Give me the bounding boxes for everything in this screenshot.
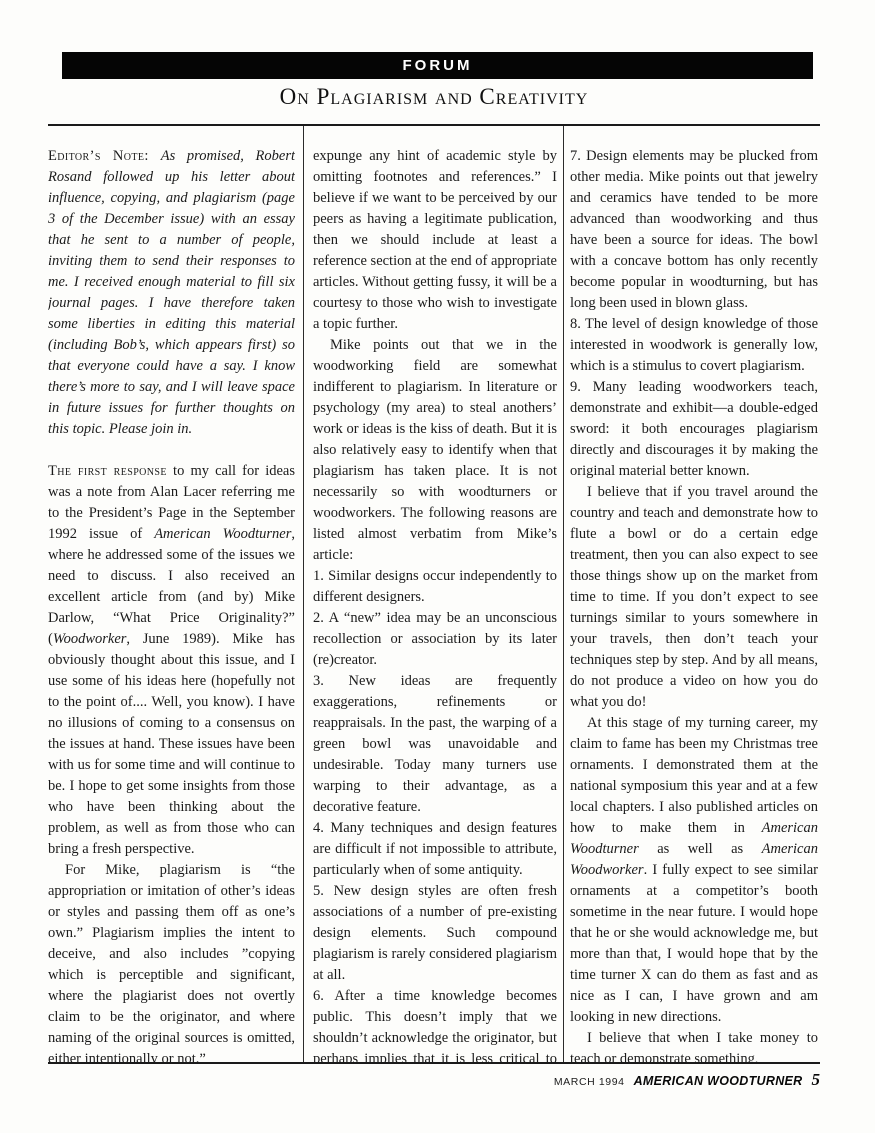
forum-banner-label: FORUM (403, 57, 473, 74)
paragraph: At this stage of my turning career, my c… (570, 713, 818, 1028)
text-segment: expunge any hint of academic style by om… (313, 148, 557, 332)
paragraph: Mike points out that we in the woodworki… (313, 335, 557, 566)
paragraph: The first response to my call for ideas … (48, 461, 295, 860)
magazine-page: FORUM On Plagiarism and Creativity Edito… (0, 0, 875, 1133)
text-segment: 6. After a time knowledge becomes public… (313, 988, 557, 1062)
paragraph: 9. Many leading woodworkers teach, demon… (570, 377, 818, 482)
paragraph: 7. Design elements may be plucked from o… (570, 146, 818, 314)
text-segment-italic: Woodworker (53, 631, 127, 647)
text-segment-italic: American Woodturner (154, 526, 291, 542)
paragraph: 4. Many techniques and design features a… (313, 818, 557, 881)
paragraph: 1. Similar designs occur independently t… (313, 566, 557, 608)
page-footer: MARCH 1994 AMERICAN WOODTURNER 5 (554, 1070, 820, 1090)
paragraph: 2. A “new” idea may be an unconscious re… (313, 608, 557, 671)
paragraph: 5. New design styles are often fresh ass… (313, 881, 557, 986)
text-segment: , June 1989). Mike has obviously thought… (48, 631, 295, 857)
text-segment: 3. New ideas are frequently exaggeration… (313, 673, 557, 815)
text-segment-smallcaps: Editor’s Note: (48, 148, 161, 164)
forum-banner: FORUM (62, 52, 813, 79)
paragraph: 8. The level of design knowledge of thos… (570, 314, 818, 377)
text-segment: as well as (639, 841, 762, 857)
paragraph: For Mike, plagiarism is “the appropriati… (48, 860, 295, 1062)
paragraph: I believe that if you travel around the … (570, 482, 818, 713)
article-column-3: 7. Design elements may be plucked from o… (563, 126, 818, 1062)
text-segment: 5. New design styles are often fresh ass… (313, 883, 557, 983)
text-segment: 7. Design elements may be plucked from o… (570, 148, 818, 311)
text-segment-smallcaps: The first response (48, 463, 167, 479)
text-segment: , where he addressed some of the issues … (48, 526, 295, 647)
article-column-2: expunge any hint of academic style by om… (303, 126, 557, 1062)
text-segment: 4. Many techniques and design features a… (313, 820, 557, 878)
footer-page-number: 5 (812, 1070, 821, 1090)
text-segment: 9. Many leading woodworkers teach, demon… (570, 379, 818, 479)
text-segment: I believe that when I take money to teac… (570, 1030, 818, 1062)
text-segment: I believe that if you travel around the … (570, 484, 818, 710)
paragraph: Editor’s Note: As promised, Robert Rosan… (48, 146, 295, 440)
text-segment-italic: As promised, Robert Rosand followed up h… (48, 148, 295, 437)
footer-magazine-title: AMERICAN WOODTURNER (634, 1074, 803, 1088)
text-segment: At this stage of my turning career, my c… (570, 715, 818, 836)
text-segment: 8. The level of design knowledge of thos… (570, 316, 818, 374)
article-columns: Editor’s Note: As promised, Robert Rosan… (48, 126, 820, 1062)
bottom-rule (48, 1062, 820, 1064)
text-segment: . I fully expect to see similar ornament… (570, 862, 818, 1025)
page-title: On Plagiarism and Creativity (48, 84, 820, 110)
paragraph: 3. New ideas are frequently exaggeration… (313, 671, 557, 818)
text-segment: 2. A “new” idea may be an unconscious re… (313, 610, 557, 668)
paragraph: expunge any hint of academic style by om… (313, 146, 557, 335)
footer-issue-date: MARCH 1994 (554, 1076, 625, 1088)
text-segment: Mike points out that we in the woodworki… (313, 337, 557, 563)
paragraph: 6. After a time knowledge becomes public… (313, 986, 557, 1062)
paragraph: I believe that when I take money to teac… (570, 1028, 818, 1062)
text-segment: 1. Similar designs occur independently t… (313, 568, 557, 605)
article-column-1: Editor’s Note: As promised, Robert Rosan… (48, 126, 295, 1062)
text-segment: For Mike, plagiarism is “the appropriati… (48, 862, 295, 1062)
